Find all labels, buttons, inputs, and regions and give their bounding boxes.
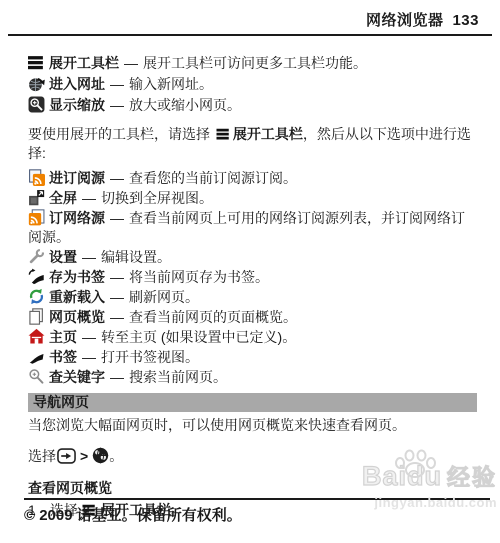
web-feeds-icon bbox=[28, 209, 45, 226]
page-footer: © 2009 诺基亚。保留所有权利。 bbox=[24, 498, 490, 525]
save-bookmark-icon bbox=[28, 268, 45, 285]
dash: — bbox=[105, 97, 129, 113]
toolbar-item-row: 显示缩放—放大或缩小网页。 bbox=[28, 96, 477, 115]
option-label: 书签 bbox=[49, 349, 77, 365]
show-zoom-icon bbox=[28, 96, 45, 113]
dash: — bbox=[119, 55, 143, 71]
option-label: 网页概览 bbox=[49, 309, 105, 325]
option-desc: 打开书签视图。 bbox=[101, 349, 199, 365]
section-title: 导航网页 bbox=[33, 394, 89, 410]
option-label: 查关键字 bbox=[49, 369, 105, 385]
option-desc: 刷新网页。 bbox=[129, 289, 199, 305]
option-desc: 转至主页 (如果设置中已定义)。 bbox=[101, 329, 296, 345]
page-number: 133 bbox=[452, 12, 479, 29]
globe-icon bbox=[92, 447, 109, 464]
toolbar-item-label: 展开工具栏 bbox=[49, 55, 119, 71]
option-row: 全屏—切换到全屏视图。 bbox=[28, 189, 477, 208]
option-row: 重新载入—刷新网页。 bbox=[28, 288, 477, 307]
intro-paragraph: 要使用展开的工具栏，请选择 展开工具栏，然后从以下选项中进行选择: bbox=[28, 125, 477, 163]
page-title: 网络浏览器 bbox=[366, 12, 444, 29]
fullscreen-icon bbox=[28, 189, 45, 206]
select-instruction: 选择>。 bbox=[28, 445, 477, 467]
option-row: 查关键字—搜索当前网页。 bbox=[28, 368, 477, 387]
dash: — bbox=[105, 269, 129, 285]
dash: — bbox=[105, 369, 129, 385]
nav-section-body: 当您浏览大幅面网页时，可以使用网页概览来快速查看网页。 bbox=[28, 416, 477, 435]
page-header: 网络浏览器133 bbox=[8, 9, 492, 36]
intro-pre: 要使用展开的工具栏，请选择 bbox=[28, 126, 214, 142]
option-desc: 将当前网页存为书签。 bbox=[129, 269, 269, 285]
toolbar-item-row: 展开工具栏—展开工具栏可访问更多工具栏功能。 bbox=[28, 54, 477, 73]
toolbar-item-row: 进入网址—输入新网址。 bbox=[28, 75, 477, 94]
chevron-separator: > bbox=[76, 448, 92, 464]
dash: — bbox=[77, 249, 101, 265]
option-label: 主页 bbox=[49, 329, 77, 345]
option-label: 存为书签 bbox=[49, 269, 105, 285]
reload-icon bbox=[28, 288, 45, 305]
expand-toolbar-icon bbox=[28, 54, 45, 71]
option-desc: 查看当前网页的页面概览。 bbox=[129, 309, 297, 325]
go-to-address-icon bbox=[28, 75, 45, 92]
home-icon bbox=[28, 328, 45, 345]
dash: — bbox=[105, 309, 129, 325]
option-label: 重新载入 bbox=[49, 289, 105, 305]
option-desc: 查看您的当前订阅源订阅。 bbox=[129, 170, 297, 186]
dash: — bbox=[77, 190, 101, 206]
page-overview-icon bbox=[28, 308, 45, 325]
page-content: 展开工具栏—展开工具栏可访问更多工具栏功能。 进入网址—输入新网址。 显示缩放—… bbox=[28, 54, 477, 520]
option-row: 进订阅源—查看您的当前订阅源订阅。 bbox=[28, 169, 477, 188]
option-desc: 编辑设置。 bbox=[101, 249, 171, 265]
expand-toolbar-icon bbox=[216, 127, 231, 141]
menu-key-icon bbox=[57, 448, 76, 464]
select-label: 选择 bbox=[28, 448, 56, 464]
option-label: 进订阅源 bbox=[49, 170, 105, 186]
options-list: 进订阅源—查看您的当前订阅源订阅。 全屏—切换到全屏视图。 订网络源—查看当前网… bbox=[28, 169, 477, 386]
option-label: 订网络源 bbox=[49, 210, 105, 226]
option-row: 订网络源—查看当前网页上可用的网络订阅源列表，并订阅网络订阅源。 bbox=[28, 209, 477, 246]
dash: — bbox=[77, 349, 101, 365]
toolbar-item-desc: 输入新网址。 bbox=[129, 76, 213, 92]
toolbar-item-desc: 放大或缩小网页。 bbox=[129, 97, 241, 113]
intro-button-name: 展开工具栏 bbox=[233, 126, 303, 142]
option-desc: 切换到全屏视图。 bbox=[101, 190, 213, 206]
toolbar-item-label: 进入网址 bbox=[49, 76, 105, 92]
toolbar-item-desc: 展开工具栏可访问更多工具栏功能。 bbox=[143, 55, 367, 71]
option-row: 存为书签—将当前网页存为书签。 bbox=[28, 268, 477, 287]
settings-icon bbox=[28, 248, 45, 265]
feeds-icon bbox=[28, 169, 45, 186]
option-label: 设置 bbox=[49, 249, 77, 265]
dash: — bbox=[105, 210, 129, 226]
option-row: 书签—打开书签视图。 bbox=[28, 348, 477, 367]
option-label: 全屏 bbox=[49, 190, 77, 206]
sentence-terminator: 。 bbox=[109, 448, 123, 464]
section-header-bar: 导航网页 bbox=[28, 393, 477, 412]
option-row: 网页概览—查看当前网页的页面概览。 bbox=[28, 308, 477, 327]
bookmarks-icon bbox=[28, 348, 45, 365]
dash: — bbox=[77, 329, 101, 345]
toolbar-item-label: 显示缩放 bbox=[49, 97, 105, 113]
dash: — bbox=[105, 76, 129, 92]
option-row: 设置—编辑设置。 bbox=[28, 248, 477, 267]
dash: — bbox=[105, 289, 129, 305]
option-desc: 搜索当前网页。 bbox=[129, 369, 227, 385]
copyright-text: © 2009 诺基亚。保留所有权利。 bbox=[24, 507, 242, 524]
subsection-title: 查看网页概览 bbox=[28, 479, 477, 498]
dash: — bbox=[105, 170, 129, 186]
option-row: 主页—转至主页 (如果设置中已定义)。 bbox=[28, 328, 477, 347]
find-keyword-icon bbox=[28, 368, 45, 385]
